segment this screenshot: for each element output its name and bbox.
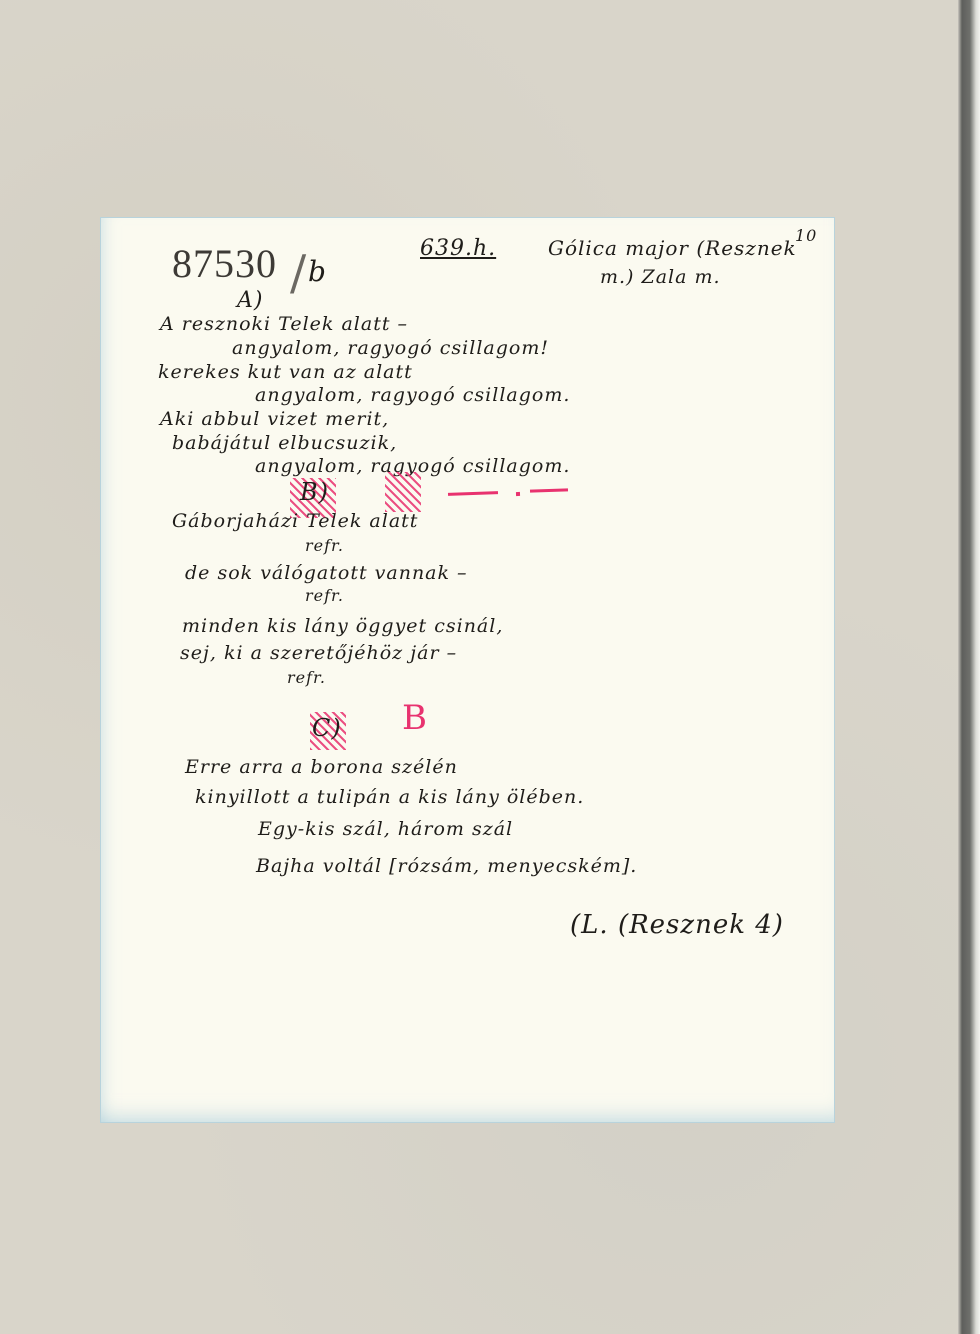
- section-b-refrain-1: refr.: [305, 536, 344, 555]
- section-b-line-4: sej, ki a szeretőjéhöz jár –: [180, 642, 457, 664]
- scan-edge: [958, 0, 980, 1334]
- section-b-line-3: minden kis lány öggyet csinál,: [182, 615, 503, 637]
- pink-crossout-mark: [385, 472, 421, 512]
- section-c-relabel: B: [402, 698, 428, 738]
- section-c-label: C): [312, 714, 342, 742]
- slash-divider: /: [290, 245, 307, 301]
- section-a-line-6: babájátul elbucsuzik,: [172, 432, 397, 454]
- section-a-line-1: A resznoki Telek alatt –: [160, 313, 408, 335]
- page-number: 10: [795, 226, 817, 245]
- catalog-number: 87530: [172, 240, 277, 287]
- section-a-label: A): [237, 288, 263, 313]
- catalog-suffix: b: [308, 255, 327, 288]
- section-a-line-5: Aki abbul vizet merit,: [160, 408, 389, 430]
- section-a-line-2: angyalom, ragyogó csillagom!: [232, 337, 549, 359]
- section-b-label: B): [300, 478, 329, 506]
- section-c-line-4: Bajha voltál [rózsám, menyecském].: [256, 855, 637, 877]
- location-line-1: Gólica major (Resznek: [548, 236, 797, 260]
- reference-number: 639.h.: [420, 236, 496, 261]
- section-a-line-4: angyalom, ragyogó csillagom.: [255, 384, 570, 406]
- signature: (L. (Resznek 4): [570, 910, 784, 940]
- section-c-line-3: Egy-kis szál, három szál: [258, 818, 513, 840]
- location-line-2: m.) Zala m.: [600, 266, 721, 288]
- section-b-line-1: Gáborjaházi Telek alatt: [172, 510, 418, 532]
- section-b-refrain-2: refr.: [305, 586, 344, 605]
- section-c-line-1: Erre arra a borona szélén: [185, 756, 458, 778]
- section-c-line-2: kinyillott a tulipán a kis lány ölében.: [195, 786, 584, 808]
- section-b-refrain-3: refr.: [287, 668, 326, 687]
- section-a-line-3: kerekes kut van az alatt: [158, 361, 413, 383]
- pink-dot: [516, 492, 520, 496]
- section-b-line-2: de sok válógatott vannak –: [185, 562, 468, 584]
